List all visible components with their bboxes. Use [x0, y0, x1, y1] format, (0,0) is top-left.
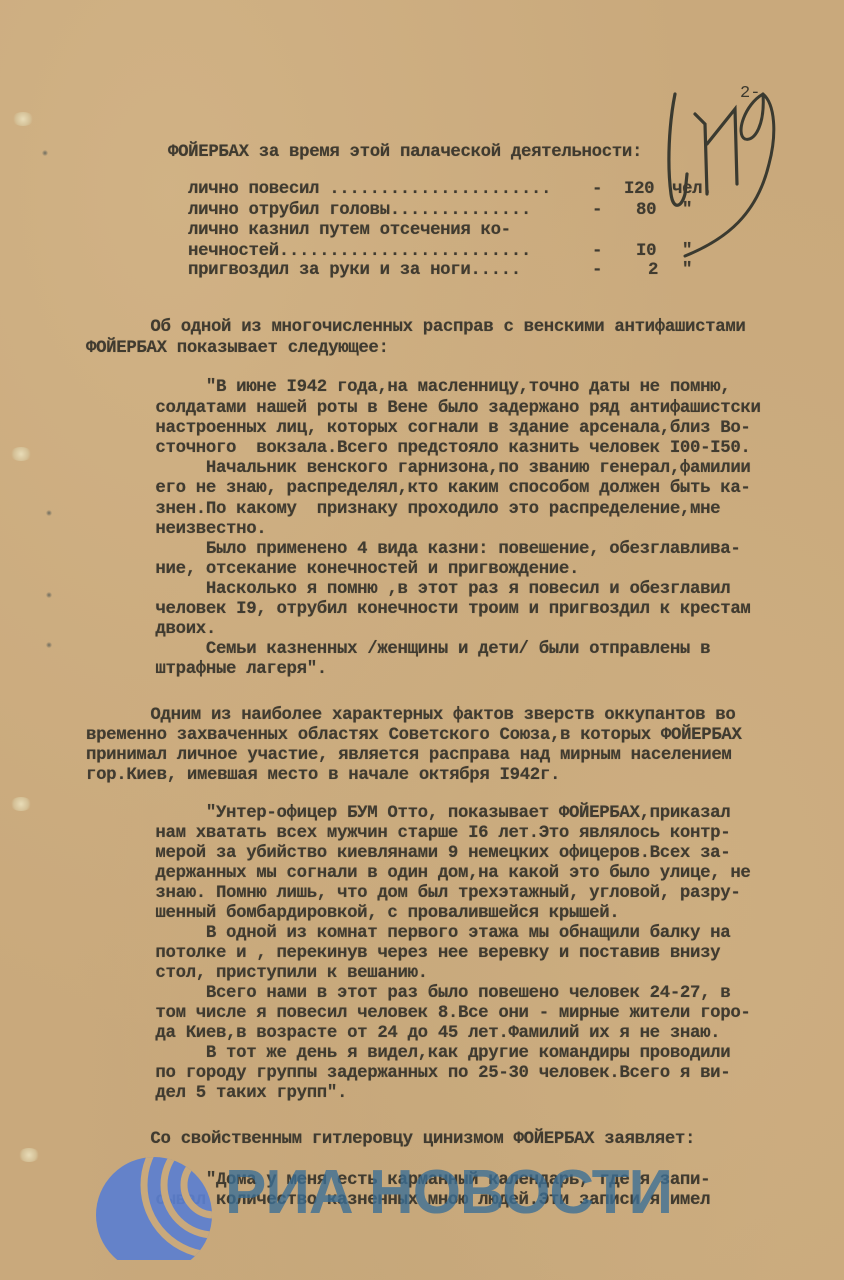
tally-item-value: 2 — [648, 261, 658, 281]
text-line: мерой за убийство киевлянами 9 немецких … — [105, 844, 730, 864]
tally-item-label: нечностей......................... — [188, 242, 531, 262]
header-line: ФОЙЕРБАХ за время этой палаческой деятел… — [168, 143, 642, 163]
text-line: временно захваченных областях Советского… — [86, 726, 742, 746]
tally-item-dash: - — [592, 261, 602, 281]
text-line: гор.Киев, имевшая место в начале октября… — [86, 766, 560, 786]
text-line: Начальник венского гарнизона,по званию г… — [105, 459, 751, 479]
text-line: потолке и , перекинув через нее веревку … — [105, 944, 720, 964]
tally-item-label: лично казнил путем отсечения ко- — [188, 221, 511, 241]
text-line: знаю. Помню лишь, что дом был трехэтажны… — [105, 884, 740, 904]
text-line: Семьи казненных /женщины и дети/ были от… — [105, 640, 710, 660]
text-line: его не знаю, распределял,кто каким спосо… — [105, 479, 751, 499]
text-line: нам хватать всех мужчин старше I6 лет.Эт… — [105, 824, 730, 844]
text-line: стол, приступили к вешанию. — [105, 964, 428, 984]
tally-item-dash: - — [592, 180, 602, 200]
binding-hole — [18, 1148, 40, 1162]
binding-hole — [12, 112, 34, 126]
text-line: по городу группы задержанных по 25-30 че… — [105, 1064, 730, 1084]
text-line: "Унтер-офицер БУМ Отто, показывает ФОЙЕР… — [105, 804, 730, 824]
text-line: настроенных лиц, которых согнали в здани… — [105, 419, 751, 439]
tally-item-unit: " — [682, 242, 692, 262]
tally-item-value: 80 — [636, 201, 656, 221]
text-line: человек I9, отрубил конечности троим и п… — [105, 600, 751, 620]
watermark-text: РИА НОВОСТИ — [225, 1158, 672, 1228]
tally-item-value: I20 — [624, 180, 654, 200]
text-line: неизвестно. — [105, 520, 266, 540]
paper-speck — [46, 642, 52, 648]
text-line: Одним из наиболее характерных фактов зве… — [100, 706, 735, 726]
document-page: 2- ФОЙЕРБАХ за время этой палаческой дея… — [0, 0, 844, 1280]
tally-item-label: лично отрубил головы.............. — [188, 201, 531, 221]
tally-item-dash: - — [592, 201, 602, 221]
tally-item-value: I0 — [636, 242, 656, 262]
text-line: да Киев,в возрасте от 24 до 45 лет.Фамил… — [105, 1024, 720, 1044]
text-line: том числе я повесил человек 8.Все они - … — [105, 1004, 751, 1024]
text-line: "В июне I942 года,на масленницу,точно да… — [105, 378, 730, 398]
text-line: штрафные лагеря". — [105, 660, 327, 680]
text-line: знен.По какому признаку проходило это ра… — [105, 500, 720, 520]
text-line: В одной из комнат первого этажа мы обнащ… — [105, 924, 730, 944]
binding-hole — [10, 447, 32, 461]
paper-speck — [46, 592, 52, 598]
text-line: держанных мы согнали в один дом,на какой… — [105, 864, 751, 884]
text-line: ФОЙЕРБАХ показывает следующее: — [86, 339, 389, 359]
binding-hole — [10, 797, 32, 811]
text-line: солдатами нашей роты в Вене было задержа… — [105, 399, 761, 419]
paper-speck — [46, 510, 52, 516]
text-line: Насколько я помню ,в этот раз я повесил … — [105, 580, 730, 600]
text-line: двоих. — [105, 620, 216, 640]
handwritten-folio-mark — [665, 84, 785, 264]
text-line: Было применено 4 вида казни: повешение, … — [105, 540, 740, 560]
paper-speck — [42, 150, 48, 156]
text-line: принимал личное участие, является распра… — [86, 746, 732, 766]
text-line: Всего нами в этот раз было повешено чело… — [105, 984, 730, 1004]
tally-item-unit: " — [682, 201, 692, 221]
tally-item-label: лично повесил ...................... — [188, 180, 551, 200]
tally-item-unit: чел. — [672, 180, 712, 200]
text-line: В тот же день я видел,как другие команди… — [105, 1044, 730, 1064]
tally-item-unit: " — [682, 261, 692, 281]
page-number: 2- — [740, 84, 760, 103]
text-line: сточного вокзала.Всего предстояло казнит… — [105, 439, 751, 459]
tally-item-label: пригвоздил за руки и за ноги..... — [188, 261, 521, 281]
text-line: дел 5 таких групп". — [105, 1084, 347, 1104]
tally-item-dash: - — [592, 242, 602, 262]
text-line: ние, отсекание конечностей и пригвождени… — [105, 560, 579, 580]
text-line: Об одной из многочисленных расправ с вен… — [100, 318, 746, 338]
text-line: шенный бомбардировкой, с провалившейся к… — [105, 904, 619, 924]
